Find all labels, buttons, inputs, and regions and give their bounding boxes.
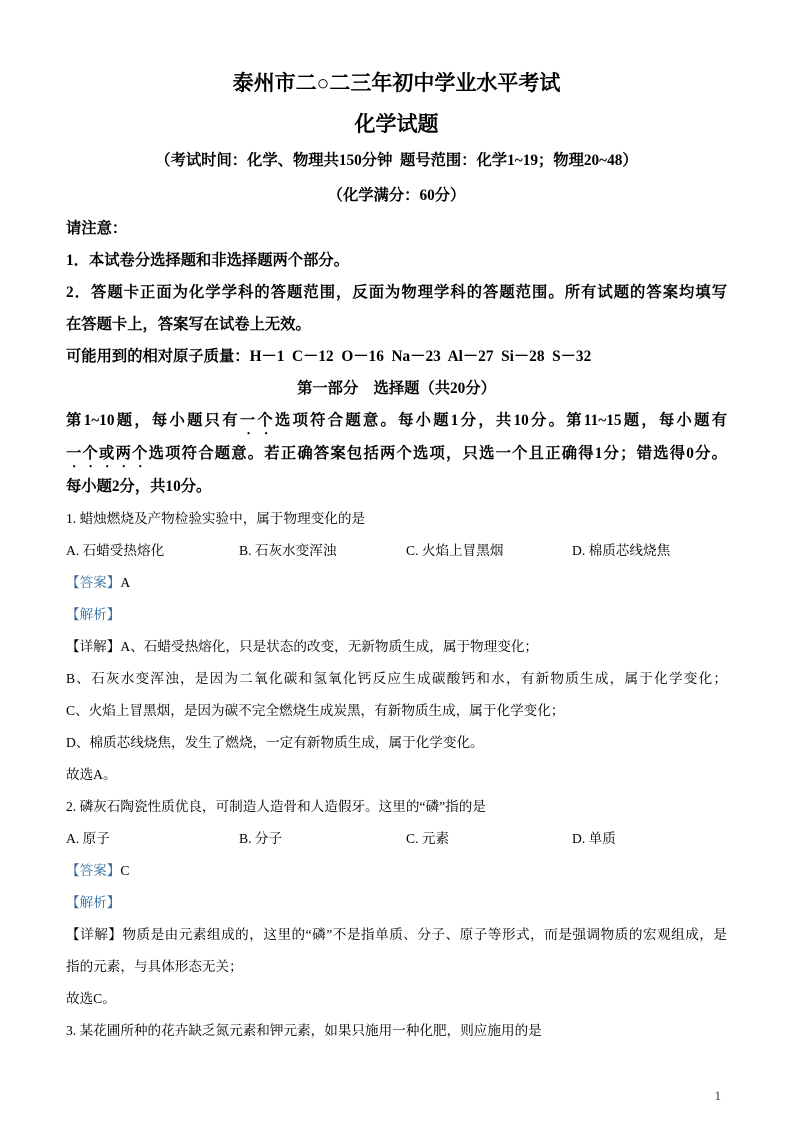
detail-text: A、石蜡受热熔化，只是状态的改变，无新物质生成，属于物理变化； bbox=[120, 639, 538, 654]
question-1-option-c: C. 火焰上冒黑烟 bbox=[406, 535, 572, 567]
notice-item-2-line-2: 在答题卡上，答案写在试卷上无效。 bbox=[66, 309, 727, 341]
exam-paper-page: 泰州市二○二三年初中学业水平考试 化学试题 （考试时间：化学、物理共150分钟 … bbox=[0, 0, 793, 1122]
question-1-detail-line-4: D、棉质芯线烧焦，发生了燃烧，一定有新物质生成，属于化学变化。 bbox=[66, 727, 727, 759]
question-1-answer-line: 【答案】A bbox=[66, 567, 727, 599]
question-2-stem: 2. 磷灰石陶瓷性质优良，可制造人造骨和人造假牙。这里的“磷”指的是 bbox=[66, 791, 727, 823]
instructions-text: 选项符合题意。若正确答案包括两个选项，只选一个且正确得1分；错选得0分。 bbox=[149, 445, 727, 462]
question-3-stem: 3. 某花圃所种的花卉缺乏氮元素和钾元素，如果只施用一种化肥，则应施用的是 bbox=[66, 1015, 727, 1047]
question-2-option-a: A. 原子 bbox=[66, 823, 239, 855]
question-1-detail-line-1: 【详解】A、石蜡受热熔化，只是状态的改变，无新物质生成，属于物理变化； bbox=[66, 631, 727, 663]
exam-body: 请注意： 1．本试卷分选择题和非选择题两个部分。 2．答题卡正面为化学学科的答题… bbox=[66, 213, 727, 1047]
relative-atomic-mass-line: 可能用到的相对原子质量：H－1 C－12 O－16 Na－23 Al－27 Si… bbox=[66, 341, 727, 373]
exam-full-score-line: （化学满分：60分） bbox=[66, 185, 727, 207]
answer-label: 【答案】 bbox=[66, 575, 120, 590]
question-1-option-a: A. 石蜡受热熔化 bbox=[66, 535, 239, 567]
analysis-label: 【解析】 bbox=[66, 607, 120, 622]
question-2-answer-value: C bbox=[120, 863, 129, 878]
question-2-conclusion: 故选C。 bbox=[66, 983, 727, 1015]
detail-label: 【详解】 bbox=[66, 927, 122, 942]
question-1-detail-line-2: B、石灰水变浑浊，是因为二氧化碳和氢氧化钙反应生成碳酸钙和水，有新物质生成，属于… bbox=[66, 663, 727, 695]
question-1-analysis-line: 【解析】 bbox=[66, 599, 727, 631]
question-2-option-b: B. 分子 bbox=[239, 823, 406, 855]
page-number: 1 bbox=[715, 1088, 722, 1104]
question-1-options: A. 石蜡受热熔化 B. 石灰水变浑浊 C. 火焰上冒黑烟 D. 棉质芯线烧焦 bbox=[66, 535, 727, 567]
instructions-emphasis: 一个 bbox=[240, 412, 275, 429]
question-1-conclusion: 故选A。 bbox=[66, 759, 727, 791]
exam-time-scope-line: （考试时间：化学、物理共150分钟 题号范围：化学1~19；物理20~48） bbox=[66, 150, 727, 172]
section-1-instructions-line-2: 一个或两个选项符合题意。若正确答案包括两个选项，只选一个且正确得1分；错选得0分… bbox=[66, 438, 727, 471]
answer-label: 【答案】 bbox=[66, 863, 120, 878]
detail-text: 物质是由元素组成的，这里的“磷”不是指单质、分子、原子等形式，而是强调物质的宏观… bbox=[122, 927, 727, 942]
section-1-instructions-line-1: 第1~10题，每小题只有一个选项符合题意。每小题1分，共10分。第11~15题，… bbox=[66, 405, 727, 438]
question-2-options: A. 原子 B. 分子 C. 元素 D. 单质 bbox=[66, 823, 727, 855]
question-1-option-b: B. 石灰水变浑浊 bbox=[239, 535, 406, 567]
question-1-stem: 1. 蜡烛燃烧及产物检验实验中，属于物理变化的是 bbox=[66, 503, 727, 535]
question-2-detail-line-1: 【详解】物质是由元素组成的，这里的“磷”不是指单质、分子、原子等形式，而是强调物… bbox=[66, 919, 727, 951]
exam-subject-title: 化学试题 bbox=[66, 111, 727, 137]
analysis-label: 【解析】 bbox=[66, 895, 120, 910]
exam-title: 泰州市二○二三年初中学业水平考试 bbox=[66, 70, 727, 96]
question-2-detail-line-2: 指的元素，与具体形态无关； bbox=[66, 951, 727, 983]
question-2-option-c: C. 元素 bbox=[406, 823, 572, 855]
question-1-detail-line-3: C、火焰上冒黑烟，是因为碳不完全燃烧生成炭黑，有新物质生成，属于化学变化； bbox=[66, 695, 727, 727]
question-2-option-d: D. 单质 bbox=[572, 823, 727, 855]
instructions-text: 选项符合题意。每小题1分，共10分。第11~15题，每小题有 bbox=[275, 412, 727, 429]
section-1-heading: 第一部分 选择题（共20分） bbox=[66, 373, 727, 405]
detail-label: 【详解】 bbox=[66, 639, 120, 654]
question-2-answer-line: 【答案】C bbox=[66, 855, 727, 887]
instructions-text: 第1~10题，每小题只有 bbox=[66, 412, 240, 429]
question-1-option-d: D. 棉质芯线烧焦 bbox=[572, 535, 727, 567]
notice-item-2-line-1: 2．答题卡正面为化学学科的答题范围，反面为物理学科的答题范围。所有试题的答案均填… bbox=[66, 277, 727, 309]
section-1-instructions-line-3: 每小题2分，共10分。 bbox=[66, 471, 727, 503]
question-2-analysis-line: 【解析】 bbox=[66, 887, 727, 919]
notice-item-1: 1．本试卷分选择题和非选择题两个部分。 bbox=[66, 245, 727, 277]
instructions-emphasis: 一个或两个 bbox=[66, 445, 149, 462]
question-1-answer-value: A bbox=[120, 575, 130, 590]
notice-label: 请注意： bbox=[66, 213, 727, 245]
